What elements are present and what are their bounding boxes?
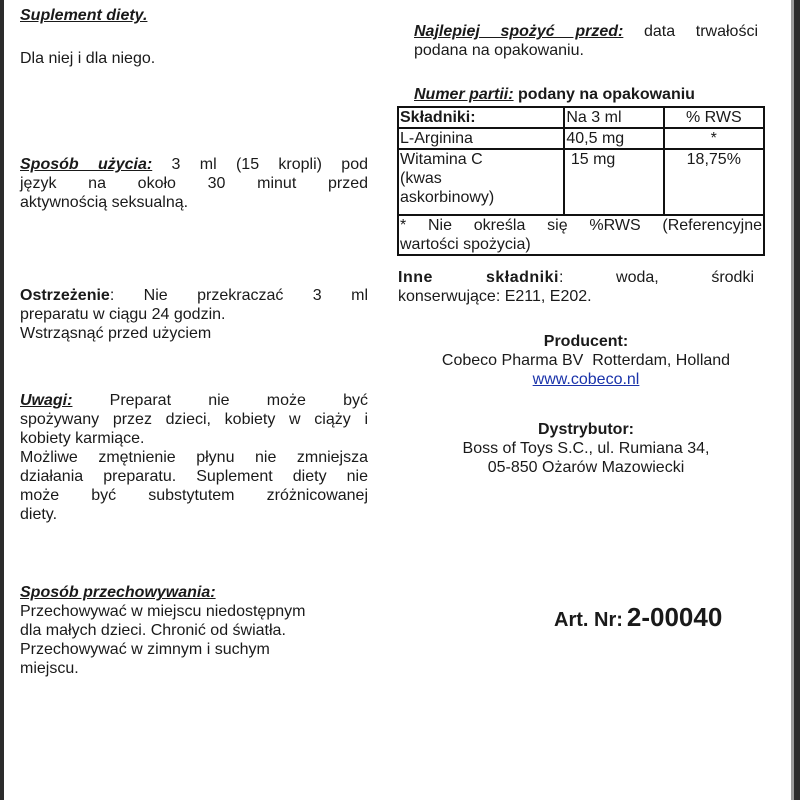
notes-label: Uwagi: [20,392,72,409]
other-ingredients-line-2: konserwujące: E211, E202. [398,287,754,306]
storage-line-4: miejscu. [20,659,368,678]
warning-label: Ostrzeżenie [20,287,110,304]
distributor-line-2: 05-850 Ożarów Mazowiecki [398,458,774,477]
best-before-label: Najlepiej spożyć przed: [414,23,623,40]
producer-section: Producent: Cobeco Pharma BV Rotterdam, H… [398,332,774,389]
notes-line-2: spożywany przez dzieci, kobiety w ciąży … [20,410,368,429]
notes-section: Uwagi: Preparat nie może być spożywany p… [20,391,368,524]
ingredient-amount: 15 mg [564,149,663,215]
ingredient-rws: * [664,128,764,149]
ingredient-name-line-1: Witamina C [400,150,562,169]
storage-line-1: Przechowywać w miejscu niedostępnym [20,602,368,621]
warning-section: Ostrzeżenie: Nie przekraczać 3 ml prepar… [20,286,368,343]
warning-text-1: : Nie przekraczać 3 ml [110,287,368,304]
cropped-heading [20,0,25,1]
notes-text-1: Preparat nie może być [72,392,368,409]
table-header-row: Składniki: Na 3 ml % RWS [398,107,764,128]
other-ingredients-section: Inne składniki: woda, środki konserwując… [398,268,754,306]
table-row: Witamina C (kwas askorbinowy) 15 mg 18,7… [398,149,764,215]
footnote-line-1: * Nie określa się %RWS (Referencyjne [400,216,762,235]
storage-label: Sposób przechowywania: [20,584,216,601]
header-rws: % RWS [664,107,764,128]
ingredient-name: L-Arginina [398,128,564,149]
article-number: Art. Nr:2-00040 [554,602,722,633]
other-ingredients-line-1: Inne składniki: woda, środki [398,268,754,287]
best-before-section: Najlepiej spożyć przed: data trwałości p… [414,22,758,60]
notes-line-1: Uwagi: Preparat nie może być [20,391,368,410]
ingredients-table: Składniki: Na 3 ml % RWS L-Arginina 40,5… [397,106,765,256]
article-number-value: 2-00040 [627,602,722,632]
notes-line-5: działania preparatu. Suplement diety nie [20,467,368,486]
header-per-3ml: Na 3 ml [564,107,663,128]
for-whom-text: Dla niej i dla niego. [20,49,368,68]
storage-line-3: Przechowywać w zimnym i suchym [20,640,368,659]
producer-website-link[interactable]: www.cobeco.nl [533,371,640,388]
other-ingredients-label: Inne składniki [398,269,559,286]
warning-line-2: preparatu w ciągu 24 godzin. [20,305,368,324]
header-ingredients: Składniki: [398,107,564,128]
usage-label: Sposób użycia: [20,156,152,173]
supplement-heading: Suplement diety. [20,6,368,25]
best-before-line-1: Najlepiej spożyć przed: data trwałości [414,22,758,41]
producer-address: Cobeco Pharma BV Rotterdam, Holland [398,351,774,370]
usage-line-2: język na około 30 minut przed [20,174,368,193]
producer-heading: Producent: [398,332,774,351]
ingredient-name-line-3: askorbinowy) [400,188,562,207]
supplement-heading-text: Suplement diety. [20,7,147,24]
distributor-section: Dystrybutor: Boss of Toys S.C., ul. Rumi… [398,420,774,477]
best-before-text-1: data trwałości [623,23,758,40]
other-ingredients-text-1: : woda, środki [559,269,754,286]
warning-line-3: Wstrząsnąć przed użyciem [20,324,368,343]
distributor-heading: Dystrybutor: [398,420,774,439]
ingredient-amount: 40,5 mg [564,128,663,149]
warning-line-1: Ostrzeżenie: Nie przekraczać 3 ml [20,286,368,305]
storage-line-2: dla małych dzieci. Chronić od światła. [20,621,368,640]
table-footnote: * Nie określa się %RWS (Referencyjne war… [398,215,764,255]
distributor-line-1: Boss of Toys S.C., ul. Rumiana 34, [398,439,774,458]
usage-line-3: aktywnością seksualną. [20,193,368,212]
ingredient-name-line-2: (kwas [400,169,562,188]
batch-label: Numer partii: [414,86,514,103]
notes-line-6: może być substytutem zróżnicowanej [20,486,368,505]
ingredient-rws: 18,75% [664,149,764,215]
left-frame-border [0,0,4,800]
storage-section: Sposób przechowywania: Przechowywać w mi… [20,583,368,678]
best-before-line-2: podana na opakowaniu. [414,41,758,60]
notes-line-3: kobiety karmiące. [20,429,368,448]
footnote-line-2: wartości spożycia) [400,235,762,254]
notes-line-7: diety. [20,505,368,524]
batch-number: Numer partii: podany na opakowaniu [414,85,695,104]
usage-section: Sposób użycia: 3 ml (15 kropli) pod języ… [20,155,368,212]
notes-line-4: Możliwe zmętnienie płynu nie zmniejsza [20,448,368,467]
usage-text-1: 3 ml (15 kropli) pod [152,156,368,173]
ingredient-name: Witamina C (kwas askorbinowy) [398,149,564,215]
table-row: L-Arginina 40,5 mg * [398,128,764,149]
right-frame-border [794,0,800,800]
table-footnote-row: * Nie określa się %RWS (Referencyjne war… [398,215,764,255]
usage-line-1: Sposób użycia: 3 ml (15 kropli) pod [20,155,368,174]
batch-value: podany na opakowaniu [514,86,695,103]
article-number-label: Art. Nr: [554,609,623,631]
